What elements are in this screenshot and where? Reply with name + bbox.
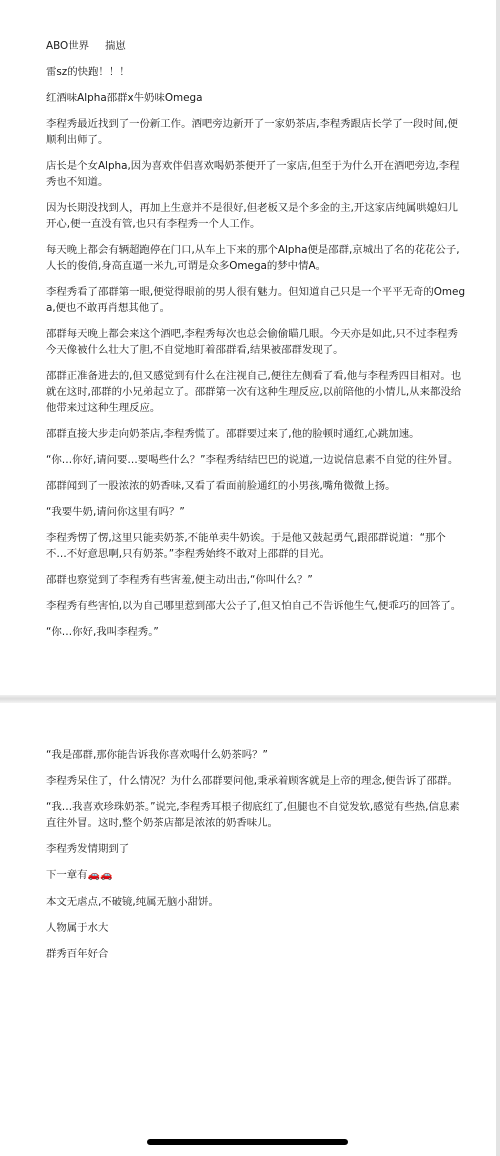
paragraph: 邵群正准备进去的,但又感觉到有什么在注视自己,便往左侧看了看,他与李程秀四目相对… — [46, 368, 466, 416]
page-2-content: “我是邵群,那你能告诉我你喜欢喝什么奶茶吗？” 李程秀呆住了，什么情况？为什么邵… — [46, 747, 466, 972]
story-setting: ABO世界 — [46, 40, 89, 52]
paragraph: 邵群闻到了一股浓浓的奶香味,又看了看面前脸通红的小男孩,嘴角微微上扬。 — [46, 478, 466, 494]
home-indicator-bar[interactable] — [147, 1139, 348, 1145]
page-1-content: ABO世界揣崽 雷sz的快跑！！！ 红酒味Alpha邵群x牛奶味Omega 李程… — [46, 38, 466, 650]
paragraph: “你…你好,请问要…要喝些什么？”李程秀结结巴巴的说道,一边说信息素不自觉的往外… — [46, 452, 466, 468]
document-page-1: ABO世界揣崽 雷sz的快跑！！！ 红酒味Alpha邵群x牛奶味Omega 李程… — [0, 0, 496, 695]
next-chapter-text: 下一章有 — [46, 869, 88, 881]
next-chapter-line: 下一章有🚗🚗 — [46, 867, 466, 884]
paragraph: 李程秀看了邵群第一眼,便觉得眼前的男人很有魅力。但知道自己只是一个平平无奇的Om… — [46, 284, 466, 316]
paragraph: “我是邵群,那你能告诉我你喜欢喝什么奶茶吗？” — [46, 747, 466, 763]
paragraph: “我…我喜欢珍珠奶茶。”说完,李程秀耳根子彻底红了,但腿也不自觉发软,感觉有些热… — [46, 799, 466, 831]
page-break-divider — [0, 695, 496, 703]
scrollbar-track[interactable] — [496, 0, 500, 1156]
paragraph: 因为长期没找到人，再加上生意并不是很好,但老板又是个多金的主,开这家店纯属哄媳妇… — [46, 200, 466, 232]
document-page-2: “我是邵群,那你能告诉我你喜欢喝什么奶茶吗？” 李程秀呆住了，什么情况？为什么邵… — [0, 703, 496, 1156]
warning-line: 雷sz的快跑！！！ — [46, 64, 466, 80]
paragraph: 店长是个女Alpha,因为喜欢伴侣喜欢喝奶茶便开了一家店,但至于为什么开在酒吧旁… — [46, 158, 466, 190]
author-note: 人物属于水大 — [46, 920, 466, 936]
paragraph: “我要牛奶,请问你这里有吗？” — [46, 504, 466, 520]
paragraph: 李程秀有些害怕,以为自己哪里惹到邵大公子了,但又怕自己不告诉他生气,便乖巧的回答… — [46, 598, 466, 614]
paragraph: 邵群也察觉到了李程秀有些害羞,便主动出击,“你叫什么？” — [46, 572, 466, 588]
document-viewer[interactable]: ABO世界揣崽 雷sz的快跑！！！ 红酒味Alpha邵群x牛奶味Omega 李程… — [0, 0, 500, 1156]
story-tag: 揣崽 — [105, 40, 126, 52]
paragraph: “你…你好,我叫李程秀。” — [46, 624, 466, 640]
paragraph: 邵群每天晚上都会来这个酒吧,李程秀每次也总会偷偷瞄几眼。今天亦是如此,只不过李程… — [46, 326, 466, 358]
paragraph: 李程秀最近找到了一份新工作。酒吧旁边新开了一家奶茶店,李程秀跟店长学了一段时间,… — [46, 116, 466, 148]
author-note: 群秀百年好合 — [46, 946, 466, 962]
red-car-icon: 🚗🚗 — [88, 870, 113, 881]
paragraph: 李程秀呆住了，什么情况？为什么邵群要问他,秉承着顾客就是上帝的理念,便告诉了邵群… — [46, 773, 466, 789]
pairing-line: 红酒味Alpha邵群x牛奶味Omega — [46, 90, 466, 106]
author-note: 本文无虐点,不破镜,纯属无脑小甜饼。 — [46, 894, 466, 910]
paragraph: 李程秀发情期到了 — [46, 841, 466, 857]
paragraph: 李程秀愣了愣,这里只能卖奶茶,不能单卖牛奶诶。于是他又鼓起勇气,跟邵群说道：“那… — [46, 530, 466, 562]
paragraph: 每天晚上都会有辆超跑停在门口,从车上下来的那个Alpha便是邵群,京城出了名的花… — [46, 242, 466, 274]
paragraph: 邵群直接大步走向奶茶店,李程秀慌了。邵群要过来了,他的脸顿时通红,心跳加速。 — [46, 426, 466, 442]
story-header: ABO世界揣崽 — [46, 38, 466, 54]
